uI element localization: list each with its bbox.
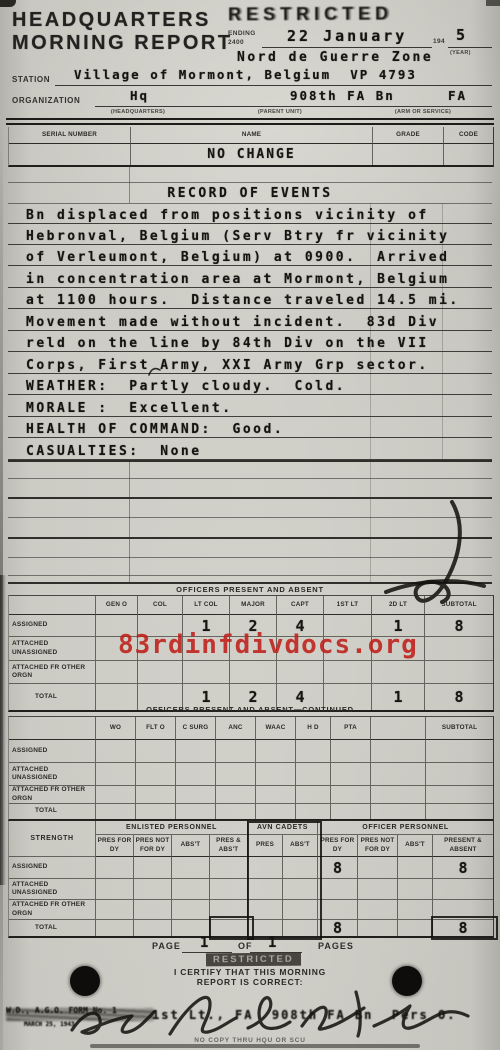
table-cell	[358, 920, 398, 936]
sub-column-header: PRESENT & ABSENT	[433, 835, 493, 857]
form-title-line2: MORNING REPORT	[12, 32, 233, 55]
strength-table: STRENGTH ENLISTED PERSONNEL AVN CADETS O…	[8, 820, 494, 938]
ruled-line	[8, 182, 492, 183]
table-cell	[318, 900, 358, 920]
column-header-serial-number: SERIAL NUMBER	[9, 127, 131, 144]
column-header-name: NAME	[131, 127, 373, 144]
column-header: SUBTOTAL	[426, 717, 493, 740]
certifying-officer-signature	[58, 982, 478, 1048]
table-cell	[96, 786, 136, 804]
table-cell	[248, 900, 283, 920]
certify-line1: I CERTIFY THAT THIS MORNING	[140, 967, 360, 977]
table-cell	[277, 661, 324, 684]
table-cell	[398, 920, 433, 936]
caption-arm-of-service: (ARM OR SERVICE)	[383, 109, 463, 115]
table-cell	[331, 804, 371, 819]
row-label: TOTAL	[9, 804, 96, 819]
column-header: COL	[138, 596, 183, 615]
event-line: WEATHER: Partly cloudy. Cold.	[8, 374, 492, 395]
column-header: CAPT	[277, 596, 324, 615]
table-cell	[426, 804, 493, 819]
organization-headquarters: Hq	[130, 88, 149, 103]
officers-continued-title: OFFICERS PRESENT AND ABSENT—CONTINUED	[8, 705, 492, 714]
table-cell	[96, 857, 134, 879]
officers-continued-table: WO FLT O C SURG ANC WAAC H D PTA SUBTOTA…	[8, 716, 494, 821]
table-cell	[136, 786, 176, 804]
event-text: Bn displaced from positions vicinity of	[26, 208, 429, 223]
table-cell	[172, 857, 210, 879]
watermark-text: 83rdinfdivdocs.org	[118, 630, 418, 660]
table-cell	[283, 920, 318, 936]
table-cell	[371, 804, 426, 819]
sub-column-header: ABS'T	[398, 835, 433, 857]
of-label: OF	[238, 941, 253, 951]
row-label: ATTACHED UNASSIGNED	[9, 879, 96, 900]
table-cell	[136, 740, 176, 763]
table-cell	[134, 879, 172, 900]
column-header: C SURG	[176, 717, 216, 740]
table-cell	[331, 786, 371, 804]
table-cell	[96, 920, 134, 936]
row-label: ASSIGNED	[9, 615, 96, 637]
column-header-code: CODE	[444, 127, 493, 144]
station-label: STATION	[12, 75, 50, 84]
event-text: at 1100 hours. Distance traveled 14.5 mi…	[26, 293, 460, 308]
double-rule-top	[6, 118, 494, 120]
table-cell	[216, 763, 256, 786]
event-line: at 1100 hours. Distance traveled 14.5 mi…	[8, 288, 492, 309]
event-text: Movement made without incident. 83d Div	[26, 315, 439, 330]
table-cell	[426, 763, 493, 786]
scan-edge-left-dark	[0, 575, 6, 885]
scan-corner-mark-top-right	[486, 0, 500, 6]
table-cell	[230, 661, 277, 684]
table-cell	[96, 879, 134, 900]
table-cell	[372, 661, 425, 684]
column-divider	[442, 203, 443, 460]
row-label: ASSIGNED	[9, 740, 96, 763]
table-cell	[296, 786, 331, 804]
table-cell	[210, 857, 248, 879]
caption-headquarters: (HEADQUARTERS)	[98, 109, 178, 115]
table-cell	[296, 804, 331, 819]
column-header: LT COL	[183, 596, 230, 615]
column-header	[371, 717, 426, 740]
caption-parent-unit: (PARENT UNIT)	[240, 109, 320, 115]
station-value: Village of Mormont, Belgium VP 4793	[74, 67, 417, 82]
double-rule-bottom	[6, 123, 494, 125]
table-cell	[256, 786, 296, 804]
handwritten-insert-mark	[148, 366, 162, 376]
event-line: Hebronval, Belgium (Serv Btry fr vicinit…	[8, 224, 492, 245]
table-cell: 8	[433, 857, 493, 879]
organization-label: ORGANIZATION	[12, 96, 80, 105]
table-cell	[398, 900, 433, 920]
event-line: Corps, First Army, XXI Army Grp sector.	[8, 353, 492, 374]
restricted-stamp-bottom: RESTRICTED	[206, 953, 301, 967]
event-line: reld on the line by 84th Div on the VII	[8, 331, 492, 352]
station-underline	[55, 85, 492, 86]
table-cell	[256, 804, 296, 819]
pages-count: 1	[268, 935, 276, 951]
table-cell	[296, 740, 331, 763]
sub-column-header: PRES FOR DY	[318, 835, 358, 857]
table-cell: 8	[318, 920, 358, 936]
table-cell	[172, 900, 210, 920]
roster-cell-grade	[373, 144, 444, 165]
ending-label: ENDING	[228, 30, 256, 37]
table-cell	[96, 763, 136, 786]
event-line: Movement made without incident. 83d Div	[8, 310, 492, 331]
page-number: 1	[200, 935, 208, 951]
column-header-grade: GRADE	[373, 127, 444, 144]
record-of-events-title: RECORD OF EVENTS	[8, 186, 492, 201]
table-cell: 8	[433, 920, 493, 936]
column-header: SUBTOTAL	[425, 596, 493, 615]
table-cell	[425, 637, 493, 661]
sub-column-header: PRES FOR DY	[96, 835, 134, 857]
ruled-line	[8, 478, 492, 479]
column-header: PTA	[331, 717, 371, 740]
event-line: in concentration area at Mormont, Belgiu…	[8, 267, 492, 288]
table-cell	[398, 879, 433, 900]
table-cell	[216, 740, 256, 763]
event-line: MORALE : Excellent.	[8, 396, 492, 417]
group-header-enlisted: ENLISTED PERSONNEL	[96, 821, 248, 835]
table-cell	[172, 879, 210, 900]
event-text: Hebronval, Belgium (Serv Btry fr vicinit…	[26, 229, 449, 244]
table-cell	[331, 763, 371, 786]
table-cell	[136, 763, 176, 786]
table-cell	[371, 740, 426, 763]
table-cell	[176, 740, 216, 763]
table-cell	[96, 740, 136, 763]
event-text: in concentration area at Mormont, Belgiu…	[26, 272, 449, 287]
table-cell	[433, 900, 493, 920]
sub-column-header: PRES NOT FOR DY	[134, 835, 172, 857]
table-cell	[324, 661, 372, 684]
event-line: HEALTH OF COMMAND: Good.	[8, 417, 492, 438]
column-header: GEN O	[96, 596, 138, 615]
table-cell	[283, 857, 318, 879]
table-cell	[426, 740, 493, 763]
table-cell	[433, 879, 493, 900]
table-cell	[210, 879, 248, 900]
roster-cell-serial	[9, 144, 131, 165]
table-cell	[398, 857, 433, 879]
table-cell	[176, 763, 216, 786]
column-header: 1ST LT	[324, 596, 372, 615]
table-cell	[256, 763, 296, 786]
row-label: ATTACHED FR OTHER ORGN	[9, 661, 96, 684]
column-header: WO	[96, 717, 136, 740]
column-header: H D	[296, 717, 331, 740]
event-text: HEALTH OF COMMAND: Good.	[26, 422, 284, 437]
column-divider	[129, 460, 130, 582]
table-cell	[172, 920, 210, 936]
table-cell: 8	[425, 615, 493, 637]
table-cell	[96, 900, 134, 920]
ruled-line-thick	[8, 460, 492, 462]
table-cell	[96, 804, 136, 819]
theater-zone: Nord de Guerre Zone	[237, 50, 433, 65]
group-header-avn-cadets: AVN CADETS	[248, 821, 318, 835]
year-underline	[448, 47, 492, 48]
corner-cell	[9, 596, 96, 615]
organization-arm: FA	[448, 88, 467, 103]
event-text: of Verleumont, Belgium) at 0900. Arrived	[26, 250, 449, 265]
restricted-stamp-top: RESTRICTED	[228, 4, 393, 26]
event-line: Bn displaced from positions vicinity of	[8, 203, 492, 224]
table-cell	[176, 786, 216, 804]
roster-cell-code	[444, 144, 493, 165]
table-cell	[248, 920, 283, 936]
sub-column-header: PRES NOT FOR DY	[358, 835, 398, 857]
table-cell	[210, 900, 248, 920]
table-cell	[425, 661, 493, 684]
roster-entry-no-change: NO CHANGE	[131, 144, 373, 165]
event-text: CASUALTIES: None	[26, 444, 202, 459]
year-caption: (YEAR)	[450, 50, 471, 56]
event-text: Corps, First Army, XXI Army Grp sector.	[26, 358, 429, 373]
sub-column-header: PRES & ABS'T	[210, 835, 248, 857]
table-cell	[371, 786, 426, 804]
sub-column-header: ABS'T	[172, 835, 210, 857]
pages-label: PAGES	[318, 941, 354, 951]
table-cell	[183, 661, 230, 684]
table-cell	[136, 804, 176, 819]
report-date: 22 January	[287, 27, 407, 45]
corner-cell	[9, 717, 96, 740]
table-cell	[134, 900, 172, 920]
sub-column-header: PRES	[248, 835, 283, 857]
organization-underline	[95, 106, 492, 107]
table-cell	[248, 879, 283, 900]
table-cell	[216, 804, 256, 819]
column-divider	[370, 203, 371, 460]
column-header: MAJOR	[230, 596, 277, 615]
table-cell	[96, 661, 138, 684]
table-cell	[318, 879, 358, 900]
event-line: of Verleumont, Belgium) at 0900. Arrived	[8, 245, 492, 266]
strength-header: STRENGTH	[9, 821, 96, 857]
year-printed-prefix: 194	[433, 38, 445, 45]
morning-report-document: HEADQUARTERS MORNING REPORT RESTRICTED E…	[0, 0, 500, 1050]
table-cell	[138, 661, 183, 684]
column-header: 2D LT	[372, 596, 425, 615]
ending-time: 2400	[228, 39, 244, 46]
table-cell: 8	[318, 857, 358, 879]
roster-table: SERIAL NUMBER NAME GRADE CODE NO CHANGE	[8, 127, 494, 167]
table-cell	[358, 900, 398, 920]
row-label: ATTACHED FR OTHER ORGN	[9, 900, 96, 920]
table-cell	[210, 920, 248, 936]
page-label: PAGE	[152, 941, 181, 951]
section-rule	[8, 582, 492, 584]
table-cell	[358, 857, 398, 879]
table-cell	[371, 763, 426, 786]
row-label: ATTACHED FR OTHER ORGN	[9, 786, 96, 804]
table-cell	[134, 920, 172, 936]
officers-table-title: OFFICERS PRESENT AND ABSENT	[8, 585, 492, 594]
event-text: reld on the line by 84th Div on the VII	[26, 336, 429, 351]
table-cell	[358, 879, 398, 900]
row-label: TOTAL	[9, 920, 96, 936]
table-cell	[256, 740, 296, 763]
sub-column-header: ABS'T	[283, 835, 318, 857]
table-cell	[283, 900, 318, 920]
column-divider	[370, 460, 371, 582]
table-cell	[216, 786, 256, 804]
table-cell	[283, 879, 318, 900]
event-line: CASUALTIES: None	[8, 439, 492, 460]
year-typed-digit: 5	[456, 26, 468, 44]
column-header: WAAC	[256, 717, 296, 740]
table-cell	[134, 857, 172, 879]
row-label: ATTACHED UNASSIGNED	[9, 637, 96, 661]
group-header-officer: OFFICER PERSONNEL	[318, 821, 493, 835]
organization-parent-unit: 908th FA Bn	[290, 88, 395, 103]
scan-corner-mark-top-left	[0, 0, 16, 7]
row-label: ATTACHED UNASSIGNED	[9, 763, 96, 786]
table-cell	[331, 740, 371, 763]
table-cell	[248, 857, 283, 879]
table-cell	[426, 786, 493, 804]
form-title-line1: HEADQUARTERS	[12, 9, 211, 32]
event-text: WEATHER: Partly cloudy. Cold.	[26, 379, 346, 394]
table-cell	[176, 804, 216, 819]
table-cell	[296, 763, 331, 786]
date-underline	[262, 47, 432, 48]
row-label: ASSIGNED	[9, 857, 96, 879]
column-header: ANC	[216, 717, 256, 740]
column-header: FLT O	[136, 717, 176, 740]
event-text: MORALE : Excellent.	[26, 401, 233, 416]
